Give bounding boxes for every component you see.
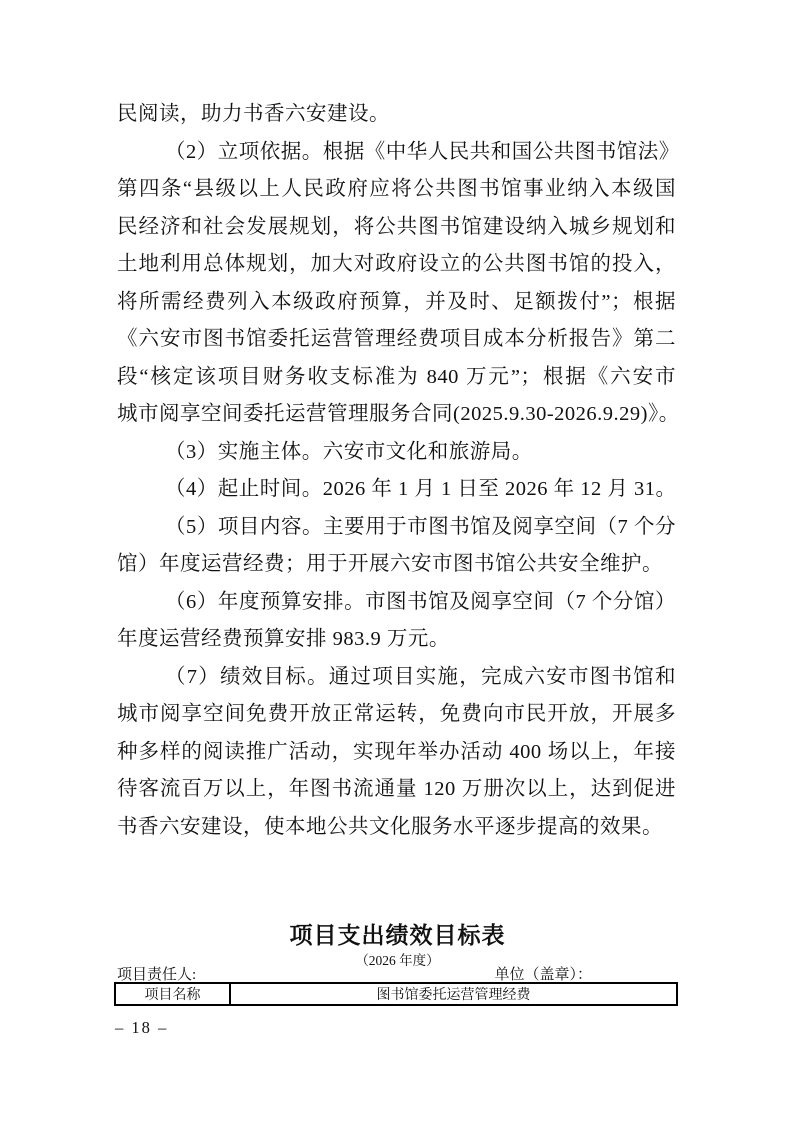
document-body: 民阅读，助力书香六安建设。（2）立项依据。根据《中华人民共和国公共图书馆法》第四… bbox=[117, 96, 676, 846]
performance-table: 项目名称 图书馆委托运营管理经费 bbox=[114, 982, 678, 1006]
body-line: 段“核定该项目财务收支标准为 840 万元”；根据《六安市 bbox=[117, 359, 676, 397]
body-line: 土地利用总体规划，加大对政府设立的公共图书馆的投入， bbox=[117, 246, 676, 284]
body-line: 将所需经费列入本级政府预算，并及时、足额拨付”；根据 bbox=[117, 284, 676, 322]
project-name-header-cell: 项目名称 bbox=[115, 983, 230, 1005]
body-line: 城市阅享空间免费开放正常运转，免费向市民开放，开展多 bbox=[117, 696, 676, 734]
unit-seal-label: 单位（盖章）： bbox=[494, 963, 592, 984]
body-line: （4）起止时间。2026 年 1 月 1 日至 2026 年 12 月 31。 bbox=[117, 471, 676, 509]
project-name-value-cell: 图书馆委托运营管理经费 bbox=[230, 983, 677, 1005]
table-meta-row: 项目责任人: 单位（盖章）： bbox=[117, 963, 678, 984]
body-line: 馆）年度运营经费；用于开展六安市图书馆公共安全维护。 bbox=[117, 546, 676, 584]
page-number: – 18 – bbox=[115, 1018, 168, 1038]
body-line: （6）年度预算安排。市图书馆及阅享空间（7 个分馆） bbox=[117, 584, 676, 622]
document-page: 民阅读，助力书香六安建设。（2）立项依据。根据《中华人民共和国公共图书馆法》第四… bbox=[0, 0, 793, 1122]
body-line: （5）项目内容。主要用于市图书馆及阅享空间（7 个分 bbox=[117, 509, 676, 547]
body-line: 种多样的阅读推广活动，实现年举办活动 400 场以上，年接 bbox=[117, 734, 676, 772]
body-line: （2）立项依据。根据《中华人民共和国公共图书馆法》 bbox=[117, 134, 676, 172]
body-line: 民阅读，助力书香六安建设。 bbox=[117, 96, 676, 134]
body-line: 书香六安建设，使本地公共文化服务水平逐步提高的效果。 bbox=[117, 809, 676, 847]
body-line: 年度运营经费预算安排 983.9 万元。 bbox=[117, 621, 676, 659]
body-line: 第四条“县级以上人民政府应将公共图书馆事业纳入本级国 bbox=[117, 171, 676, 209]
body-line: 待客流百万以上，年图书流通量 120 万册次以上，达到促进 bbox=[117, 771, 676, 809]
body-line: （3）实施主体。六安市文化和旅游局。 bbox=[117, 434, 676, 472]
body-line: 《六安市图书馆委托运营管理经费项目成本分析报告》第二 bbox=[117, 321, 676, 359]
body-line: （7）绩效目标。通过项目实施，完成六安市图书馆和 bbox=[117, 659, 676, 697]
body-line: 民经济和社会发展规划，将公共图书馆建设纳入城乡规划和 bbox=[117, 209, 676, 247]
performance-table-title: 项目支出绩效目标表 bbox=[117, 917, 678, 950]
body-line: 城市阅享空间委托运营管理服务合同(2025.9.30-2026.9.29)》。 bbox=[117, 396, 676, 434]
table-row: 项目名称 图书馆委托运营管理经费 bbox=[115, 983, 677, 1005]
responsible-person-label: 项目责任人: bbox=[117, 963, 196, 984]
